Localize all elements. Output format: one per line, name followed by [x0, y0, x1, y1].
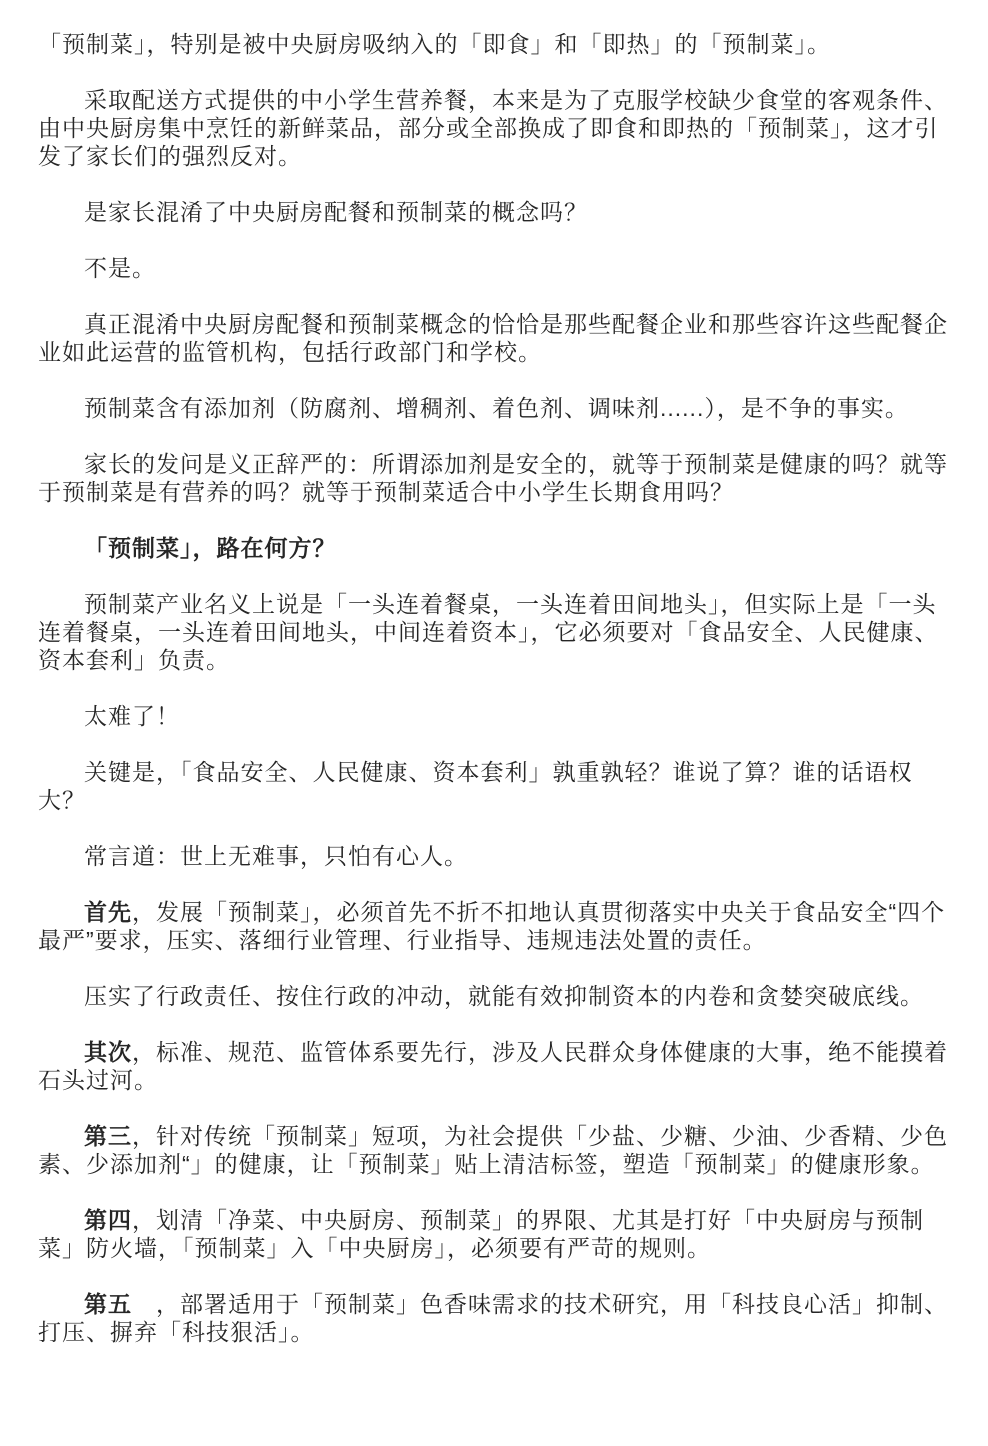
paragraph-06: 预制菜含有添加剂（防腐剂、增稠剂、着色剂、调味剂......），是不争的事实。	[38, 394, 950, 422]
paragraph-16-third-point: 第三，针对传统「预制菜」短项，为社会提供「少盐、少糖、少油、少香精、少色素、少添…	[38, 1122, 950, 1178]
paragraph-03: 是家长混淆了中央厨房配餐和预制菜的概念吗？	[38, 198, 950, 226]
section-heading: 「预制菜」，路在何方？	[38, 534, 950, 562]
paragraph-12: 常言道：世上无难事，只怕有心人。	[38, 842, 950, 870]
paragraph-13-first-point: 首先，发展「预制菜」，必须首先不折不扣地认真贯彻落实中央关于食品安全“四个最严”…	[38, 898, 950, 954]
paragraph-text: 真正混淆中央厨房配餐和预制菜概念的恰恰是那些配餐企业和那些容许这些配餐企业如此运…	[38, 311, 948, 365]
paragraph-text: ，发展「预制菜」，必须首先不折不扣地认真贯彻落实中央关于食品安全“四个最严”要求…	[38, 899, 945, 953]
paragraph-text: 预制菜产业名义上说是「一头连着餐桌，一头连着田间地头」，但实际上是「一头连着餐桌…	[38, 591, 939, 673]
paragraph-text: ，划清「净菜、中央厨房、预制菜」的界限、尤其是打好「中央厨房与预制菜」防火墙，「…	[38, 1207, 924, 1261]
paragraph-01: 「预制菜」，特别是被中央厨房吸纳入的「即食」和「即热」的「预制菜」。	[38, 30, 950, 58]
paragraph-02: 采取配送方式提供的中小学生营养餐，本来是为了克服学校缺少食堂的客观条件、由中央厨…	[38, 86, 950, 170]
paragraph-text: 不是。	[84, 255, 156, 281]
paragraph-07: 家长的发问是义正辞严的：所谓添加剂是安全的，就等于预制菜是健康的吗？就等于预制菜…	[38, 450, 950, 506]
paragraph-text: ，针对传统「预制菜」短项，为社会提供「少盐、少糖、少油、少香精、少色素、少添加剂…	[38, 1123, 948, 1177]
paragraph-14: 压实了行政责任、按住行政的冲动，就能有效抑制资本的内卷和贪婪突破底线。	[38, 982, 950, 1010]
paragraph-lead: 第四	[84, 1207, 132, 1233]
paragraph-text: 太难了！	[84, 703, 180, 729]
paragraph-text: 采取配送方式提供的中小学生营养餐，本来是为了克服学校缺少食堂的客观条件、由中央厨…	[38, 87, 948, 169]
paragraph-text: 家长的发问是义正辞严的：所谓添加剂是安全的，就等于预制菜是健康的吗？就等于预制菜…	[38, 451, 948, 505]
section-heading-text: 「预制菜」，路在何方？	[84, 535, 337, 561]
paragraph-09: 预制菜产业名义上说是「一头连着餐桌，一头连着田间地头」，但实际上是「一头连着餐桌…	[38, 590, 950, 674]
paragraph-text: ，部署适用于「预制菜」色香味需求的技术研究，用「科技良心活」抑制、打压、摒弃「科…	[38, 1291, 948, 1345]
document-page: { "page": { "background": "#ffffff", "te…	[0, 0, 988, 1446]
paragraph-11: 关键是，「食品安全、人民健康、资本套利」孰重孰轻？谁说了算？谁的话语权大？	[38, 758, 950, 814]
paragraph-text: 是家长混淆了中央厨房配餐和预制菜的概念吗？	[84, 199, 588, 225]
paragraph-lead: 第五	[84, 1291, 132, 1317]
paragraph-text: 压实了行政责任、按住行政的冲动，就能有效抑制资本的内卷和贪婪突破底线。	[84, 983, 924, 1009]
article-body: 「预制菜」，特别是被中央厨房吸纳入的「即食」和「即热」的「预制菜」。 采取配送方…	[0, 0, 988, 1418]
paragraph-text: ，标准、规范、监管体系要先行，涉及人民群众身体健康的大事，绝不能摸着石头过河。	[38, 1039, 948, 1093]
paragraph-lead: 首先	[84, 899, 132, 925]
paragraph-17-fourth-point: 第四，划清「净菜、中央厨房、预制菜」的界限、尤其是打好「中央厨房与预制菜」防火墙…	[38, 1206, 950, 1262]
paragraph-18-fifth-point: 第五 ，部署适用于「预制菜」色香味需求的技术研究，用「科技良心活」抑制、打压、摒…	[38, 1290, 950, 1346]
paragraph-text: 预制菜含有添加剂（防腐剂、增稠剂、着色剂、调味剂......），是不争的事实。	[84, 395, 909, 421]
paragraph-05: 真正混淆中央厨房配餐和预制菜概念的恰恰是那些配餐企业和那些容许这些配餐企业如此运…	[38, 310, 950, 366]
paragraph-text: 关键是，「食品安全、人民健康、资本套利」孰重孰轻？谁说了算？谁的话语权大？	[38, 759, 913, 813]
paragraph-04: 不是。	[38, 254, 950, 282]
paragraph-15-second-point: 其次，标准、规范、监管体系要先行，涉及人民群众身体健康的大事，绝不能摸着石头过河…	[38, 1038, 950, 1094]
paragraph-text: 常言道：世上无难事，只怕有心人。	[84, 843, 468, 869]
paragraph-lead: 其次	[84, 1039, 132, 1065]
paragraph-text: 「预制菜」，特别是被中央厨房吸纳入的「即食」和「即热」的「预制菜」。	[38, 31, 831, 57]
paragraph-10: 太难了！	[38, 702, 950, 730]
paragraph-lead: 第三	[84, 1123, 132, 1149]
